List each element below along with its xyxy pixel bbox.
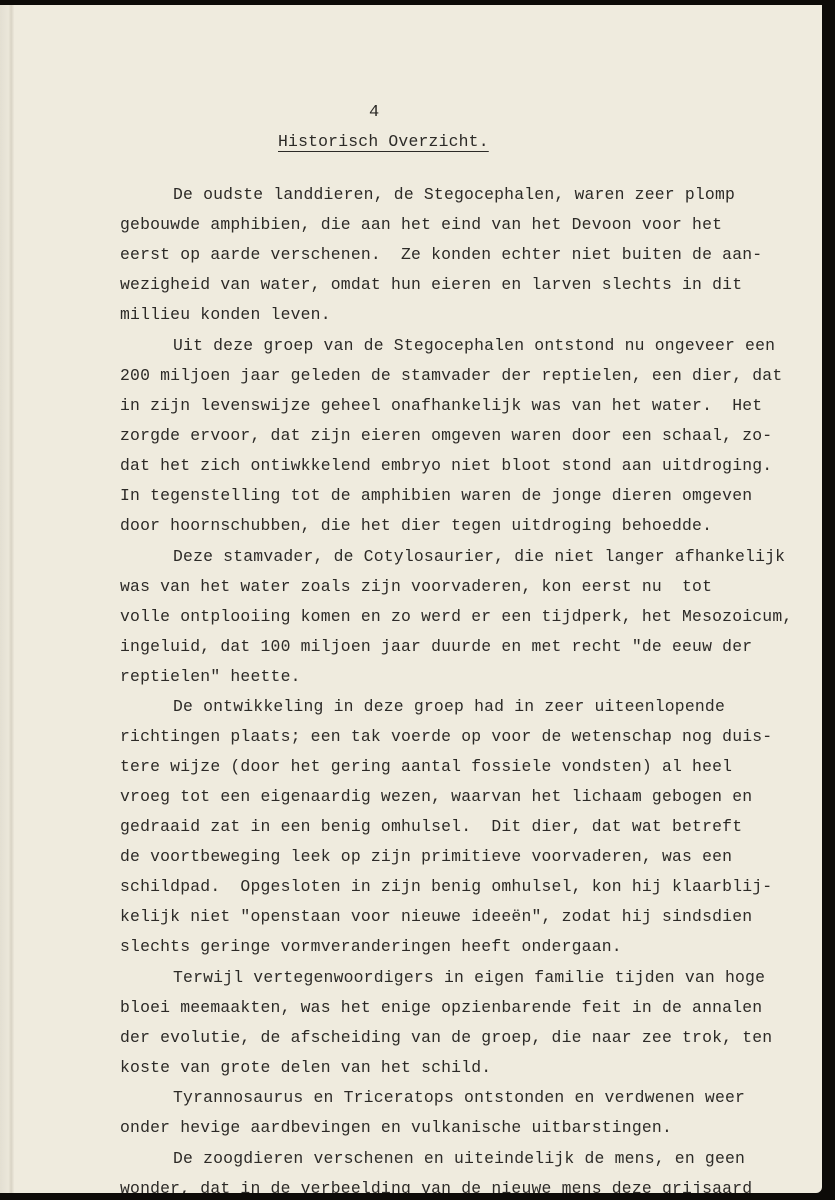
page-title: Historisch Overzicht. [278, 132, 489, 151]
text-line: volle ontplooiing komen en zo werd er ee… [120, 605, 792, 629]
text-line: Tyrannosaurus en Triceratops ontstonden … [173, 1086, 745, 1110]
text-line: de voortbeweging leek op zijn primitieve… [120, 845, 732, 869]
text-line: eerst op aarde verschenen. Ze konden ech… [120, 243, 762, 267]
text-line: onder hevige aardbevingen en vulkanische… [120, 1116, 672, 1140]
page-number: 4 [369, 103, 379, 122]
text-line: richtingen plaats; een tak voerde op voo… [120, 725, 772, 749]
text-line: koste van grote delen van het schild. [120, 1056, 491, 1080]
text-line: gebouwde amphibien, die aan het eind van… [120, 213, 722, 237]
text-line: der evolutie, de afscheiding van de groe… [120, 1026, 772, 1050]
text-line: millieu konden leven. [120, 303, 331, 327]
text-line: 200 miljoen jaar geleden de stamvader de… [120, 364, 782, 388]
text-line: slechts geringe vormveranderingen heeft … [120, 935, 622, 959]
text-line: zorgde ervoor, dat zijn eieren omgeven w… [120, 424, 772, 448]
text-line: In tegenstelling tot de amphibien waren … [120, 484, 752, 508]
text-line: bloei meemaakten, was het enige opzienba… [120, 996, 762, 1020]
text-line: Uit deze groep van de Stegocephalen onts… [173, 334, 775, 358]
text-line: door hoornschubben, die het dier tegen u… [120, 514, 712, 538]
text-line: ingeluid, dat 100 miljoen jaar duurde en… [120, 635, 752, 659]
document-page: 4 Historisch Overzicht. De oudste landdi… [0, 5, 822, 1193]
text-line: schildpad. Opgesloten in zijn benig omhu… [120, 875, 772, 899]
text-line: De oudste landdieren, de Stegocephalen, … [173, 183, 735, 207]
text-line: dat het zich ontiwkkelend embryo niet bl… [120, 454, 772, 478]
text-line: gedraaid zat in een benig omhulsel. Dit … [120, 815, 742, 839]
text-line: De ontwikkeling in deze groep had in zee… [173, 695, 725, 719]
text-line: Deze stamvader, de Cotylosaurier, die ni… [173, 545, 785, 569]
text-line: in zijn levenswijze geheel onafhankelijk… [120, 394, 762, 418]
text-line: reptielen" heette. [120, 665, 301, 689]
text-line: vroeg tot een eigenaardig wezen, waarvan… [120, 785, 752, 809]
text-line: De zoogdieren verschenen en uiteindelijk… [173, 1147, 745, 1171]
text-line: was van het water zoals zijn voorvaderen… [120, 575, 712, 599]
text-line: wonder, dat in de verbeelding van de nie… [120, 1177, 752, 1193]
page-spine-shadow [0, 5, 14, 1193]
text-line: tere wijze (door het gering aantal fossi… [120, 755, 732, 779]
text-line: kelijk niet "openstaan voor nieuwe ideeë… [120, 905, 752, 929]
text-line: wezigheid van water, omdat hun eieren en… [120, 273, 742, 297]
text-line: Terwijl vertegenwoordigers in eigen fami… [173, 966, 765, 990]
